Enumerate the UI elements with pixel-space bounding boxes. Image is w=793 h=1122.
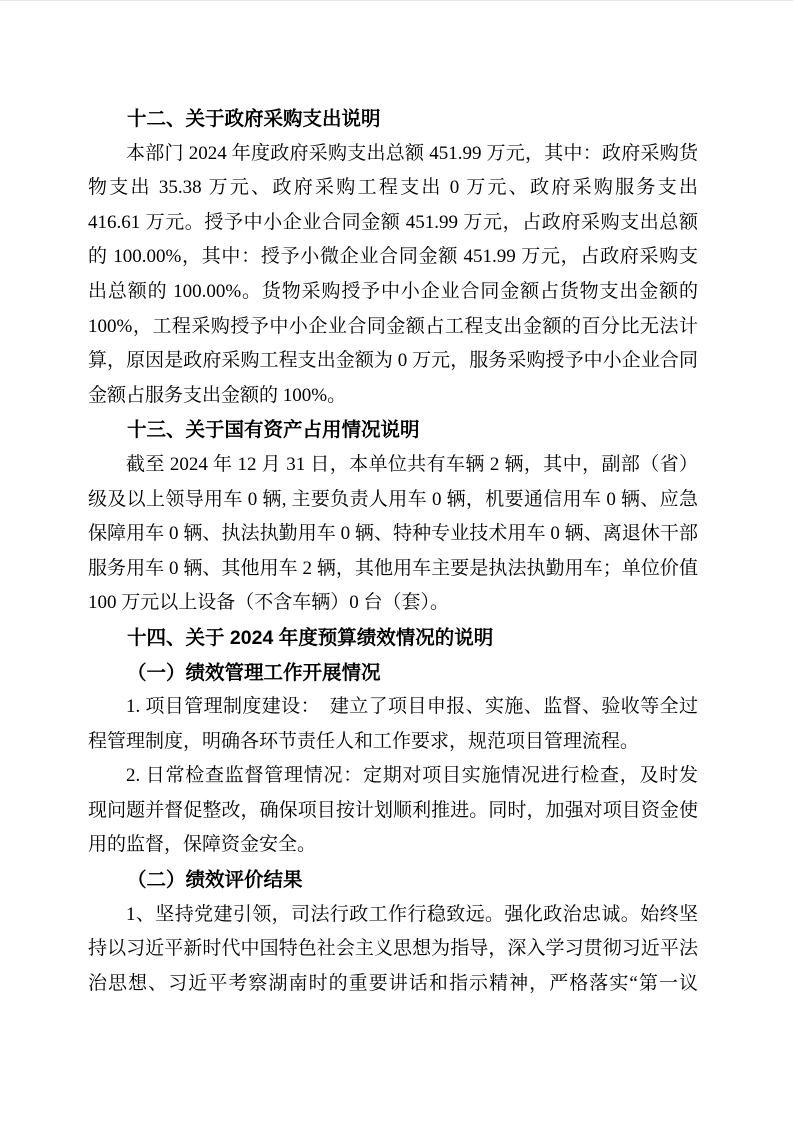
paragraph-line: 金额占服务支出金额的 100%。 xyxy=(88,379,698,414)
section-14-part-2-subheading-text: （二）绩效评价结果 xyxy=(88,863,698,898)
paragraph-line: 持以习近平新时代中国特色社会主义思想为指导，深入学习贯彻习近平法 xyxy=(88,932,698,967)
paragraph-line: 1. 项目管理制度建设： 建立了项目申报、实施、监督、验收等全过 xyxy=(88,690,698,725)
paragraph-line: 416.61 万元。授予中小企业合同金额 451.99 万元，占政府采购支出总额 xyxy=(88,206,698,241)
paragraph-line: 现问题并督促整改，确保项目按计划顺利推进。同时，加强对项目资金使 xyxy=(88,794,698,829)
paragraph-line: 截至 2024 年 12 月 31 日，本单位共有车辆 2 辆，其中，副部（省） xyxy=(88,448,698,483)
paragraph-line: 本部门 2024 年度政府采购支出总额 451.99 万元，其中：政府采购货 xyxy=(88,137,698,172)
section-13-heading-text: 十三、关于国有资产占用情况说明 xyxy=(88,413,698,448)
section-13-paragraph: 截至 2024 年 12 月 31 日，本单位共有车辆 2 辆，其中，副部（省）… xyxy=(88,448,698,621)
paragraph-line: 出总额的 100.00%。货物采购授予中小企业合同金额占货物支出金额的 xyxy=(88,275,698,310)
paragraph-line: 1、坚持党建引领，司法行政工作行稳致远。强化政治忠诚。始终坚 xyxy=(88,898,698,933)
paragraph-line: 治思想、习近平考察湖南时的重要讲话和指示精神，严格落实“第一议 xyxy=(88,967,698,1002)
paragraph-line: 级及以上领导用车 0 辆, 主要负责人用车 0 辆，机要通信用车 0 辆、应急 xyxy=(88,483,698,518)
evaluation-item-1: 1、坚持党建引领，司法行政工作行稳致远。强化政治忠诚。始终坚持以习近平新时代中国… xyxy=(88,898,698,1002)
document-content: 十二、关于政府采购支出说明本部门 2024 年度政府采购支出总额 451.99 … xyxy=(88,102,698,1001)
performance-item-2: 2. 日常检查监督管理情况：定期对项目实施情况进行检查，及时发现问题并督促整改，… xyxy=(88,759,698,863)
section-14-heading-text: 十四、关于 2024 年度预算绩效情况的说明 xyxy=(88,621,698,656)
section-14-part-2-subheading: （二）绩效评价结果 xyxy=(88,863,698,898)
section-12-heading: 十二、关于政府采购支出说明 xyxy=(88,102,698,137)
paragraph-line: 用的监督，保障资金安全。 xyxy=(88,828,698,863)
section-14-heading: 十四、关于 2024 年度预算绩效情况的说明 xyxy=(88,621,698,656)
performance-item-1: 1. 项目管理制度建设： 建立了项目申报、实施、监督、验收等全过程管理制度，明确… xyxy=(88,690,698,759)
section-13-heading: 十三、关于国有资产占用情况说明 xyxy=(88,413,698,448)
paragraph-line: 物支出 35.38 万元、政府采购工程支出 0 万元、政府采购服务支出 xyxy=(88,171,698,206)
paragraph-line: 服务用车 0 辆、其他用车 2 辆，其他用车主要是执法执勤用车；单位价值 xyxy=(88,552,698,587)
paragraph-line: 2. 日常检查监督管理情况：定期对项目实施情况进行检查，及时发 xyxy=(88,759,698,794)
paragraph-line: 的 100.00%，其中：授予小微企业合同金额 451.99 万元，占政府采购支 xyxy=(88,240,698,275)
paragraph-line: 程管理制度，明确各环节责任人和工作要求，规范项目管理流程。 xyxy=(88,725,698,760)
paragraph-line: 100%，工程采购授予中小企业合同金额占工程支出金额的百分比无法计 xyxy=(88,310,698,345)
section-14-part-1-subheading: （一）绩效管理工作开展情况 xyxy=(88,656,698,691)
paragraph-line: 100 万元以上设备（不含车辆）0 台（套）。 xyxy=(88,586,698,621)
section-12-paragraph: 本部门 2024 年度政府采购支出总额 451.99 万元，其中：政府采购货物支… xyxy=(88,137,698,414)
section-12-heading-text: 十二、关于政府采购支出说明 xyxy=(88,102,698,137)
paragraph-line: 算，原因是政府采购工程支出金额为 0 万元，服务采购授予中小企业合同 xyxy=(88,344,698,379)
section-14-part-1-subheading-text: （一）绩效管理工作开展情况 xyxy=(88,656,698,691)
document-page: 十二、关于政府采购支出说明本部门 2024 年度政府采购支出总额 451.99 … xyxy=(0,0,793,1122)
paragraph-line: 保障用车 0 辆、执法执勤用车 0 辆、特种专业技术用车 0 辆、离退休干部 xyxy=(88,517,698,552)
